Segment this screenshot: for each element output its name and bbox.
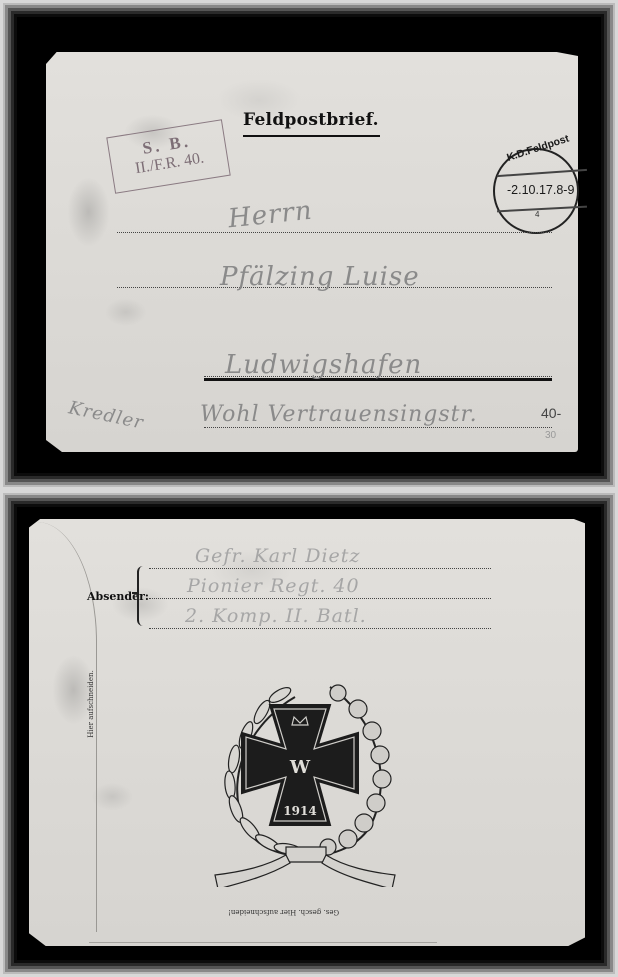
sender-handwriting-1: Gefr. Karl Dietz xyxy=(195,545,360,567)
ribbon-icon xyxy=(215,847,395,887)
address-handwriting-2: Pfälzing Luise xyxy=(220,262,420,292)
postmark-number: 4 xyxy=(535,210,539,219)
sender-brace xyxy=(137,566,147,626)
postmark-bar-bottom xyxy=(497,206,587,213)
envelope-flap-bottom xyxy=(89,942,437,943)
sender-handwriting-3: 2. Komp. II. Batl. xyxy=(185,605,367,627)
envelope-title: Feldpostbrief. xyxy=(243,110,379,130)
postmark-bar-top xyxy=(497,169,587,177)
address-line-1 xyxy=(117,232,552,233)
sender-handwriting-2: Pionier Regt. 40 xyxy=(187,575,360,597)
address-line-4 xyxy=(204,427,552,428)
address-handwriting-3: Ludwigshafen xyxy=(225,350,422,380)
sender-line-3 xyxy=(149,628,491,629)
cross-year: 1914 xyxy=(283,804,316,818)
address-handwriting-4: Wohl Vertrauensingstr. xyxy=(200,402,478,427)
iron-cross-wreath-emblem: W 1914 xyxy=(210,677,400,887)
cross-letter: W xyxy=(289,757,311,778)
postmark-date: -2.10.17.8-9 xyxy=(507,183,574,197)
sender-line-1 xyxy=(149,568,491,569)
margin-note-30: 30 xyxy=(545,430,556,441)
cut-here-bottom-text: Ges. gesch. Hier aufschneiden! xyxy=(228,908,339,916)
cut-here-side-text: Hier aufschneiden. xyxy=(87,670,95,738)
title-underline xyxy=(243,135,380,137)
postmark: K.D.Feldpost -2.10.17.8-9 4 xyxy=(493,148,579,234)
margin-note-40: 40- xyxy=(541,405,561,421)
sender-line-2 xyxy=(149,598,491,599)
